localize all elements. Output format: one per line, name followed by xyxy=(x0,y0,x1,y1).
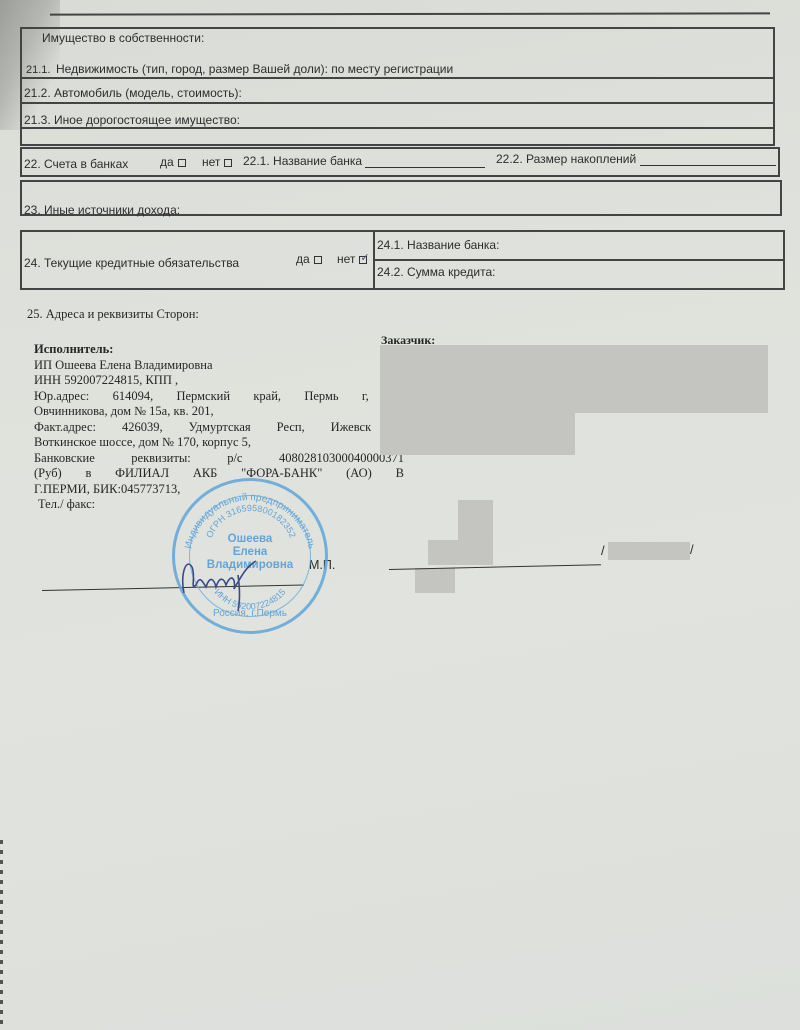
word: р/с xyxy=(227,451,242,467)
check-mark-icon: ✓ xyxy=(360,251,369,264)
document-page: Имущество в собственности: 21.1. Недвижи… xyxy=(0,0,800,1030)
accounts-yes-option[interactable]: да xyxy=(160,155,186,169)
item-21-1-number: 21.1. xyxy=(26,64,50,76)
word: Факт.адрес: xyxy=(34,420,96,436)
section-24-label: 24. Текущие кредитные обязательства xyxy=(24,256,239,270)
bank-name-field[interactable]: 22.1. Название банка xyxy=(243,154,485,168)
top-rule xyxy=(50,12,770,15)
divider xyxy=(20,127,775,129)
divider xyxy=(20,77,775,79)
word: Удмуртская xyxy=(189,420,251,436)
section-21-title: Имущество в собственности: xyxy=(42,31,204,45)
actual-address-line-2: Воткинское шоссе, дом № 170, корпус 5, xyxy=(34,435,404,451)
item-21-2: 21.2. Автомобиль (модель, стоимость): xyxy=(24,86,242,100)
legal-address-line-1: Юр.адрес:614094,Пермскийкрай,Пермьг,ул xyxy=(34,389,404,405)
credit-sum: 24.2. Сумма кредита: xyxy=(377,265,495,279)
executor-inn: ИНН 592007224815, КПП , xyxy=(34,373,404,389)
section-23-label: 23. Иные источники дохода: xyxy=(24,203,180,217)
executor-heading: Исполнитель: xyxy=(34,342,404,358)
word: реквизиты: xyxy=(131,451,190,467)
yes-label: да xyxy=(160,155,174,169)
bank-name-blank[interactable] xyxy=(365,167,485,168)
credit-yes-option[interactable]: да xyxy=(296,252,322,266)
bank-details-line-1: Банковскиереквизиты:р/с40802810300040000… xyxy=(34,451,404,467)
bank-details-line-2: (Руб)вФИЛИАЛАКБ"ФОРА-БАНК"(АО)В xyxy=(34,466,404,482)
section-22-label: 22. Счета в банках xyxy=(24,157,128,171)
word: 614094, xyxy=(113,389,154,405)
word: В xyxy=(396,466,404,482)
no-checkbox[interactable] xyxy=(224,159,232,167)
savings-blank[interactable] xyxy=(640,165,776,166)
word: в xyxy=(85,466,91,482)
legal-address-line-2: Овчинникова, дом № 15а, кв. 201, xyxy=(34,404,404,420)
handwritten-signature xyxy=(176,545,286,615)
savings-field[interactable]: 22.2. Размер накоплений xyxy=(496,152,776,166)
yes-checkbox[interactable] xyxy=(314,256,322,264)
binding-holes xyxy=(0,840,3,1030)
word: Банковские xyxy=(34,451,95,467)
separator: / xyxy=(690,542,694,557)
word: Респ, xyxy=(277,420,305,436)
word: г, xyxy=(362,389,369,405)
word: ФИЛИАЛ xyxy=(115,466,169,482)
word: (АО) xyxy=(346,466,372,482)
word: АКБ xyxy=(193,466,218,482)
savings-label: 22.2. Размер накоплений xyxy=(496,152,636,166)
no-checkbox-checked[interactable]: ✓ xyxy=(359,256,367,264)
item-21-1-text: Недвижимость (тип, город, размер Вашей д… xyxy=(56,62,453,76)
item-21-3: 21.3. Иное дорогостоящее имущество: xyxy=(24,113,240,127)
redacted-block xyxy=(608,542,690,560)
credit-no-option[interactable]: нет✓ xyxy=(337,252,367,266)
word: (Руб) xyxy=(34,466,62,482)
word: край, xyxy=(253,389,281,405)
no-label: нет xyxy=(337,252,355,266)
yes-label: да xyxy=(296,252,310,266)
divider xyxy=(373,259,785,261)
parties-title: 25. Адреса и реквизиты Сторон: xyxy=(27,307,199,322)
word: Пермь xyxy=(304,389,338,405)
actual-address-line-1: Факт.адрес:426039,УдмуртскаяРесп,Ижевскг… xyxy=(34,420,404,436)
executor-name: ИП Ошеева Елена Владимировна xyxy=(34,358,404,374)
word: Пермский xyxy=(176,389,230,405)
word: Юр.адрес: xyxy=(34,389,89,405)
redacted-block xyxy=(428,540,493,565)
separator: / xyxy=(601,543,605,558)
accounts-no-option[interactable]: нет xyxy=(202,155,232,169)
yes-checkbox[interactable] xyxy=(178,159,186,167)
redacted-block xyxy=(380,410,575,455)
no-label: нет xyxy=(202,155,220,169)
redacted-block xyxy=(415,568,455,593)
bank-name-label: 22.1. Название банка xyxy=(243,154,362,168)
redacted-block xyxy=(380,345,768,413)
credit-bank-name: 24.1. Название банка: xyxy=(377,238,499,252)
word: 426039, xyxy=(122,420,163,436)
column-divider xyxy=(373,230,375,290)
word: Ижевск xyxy=(331,420,372,436)
divider xyxy=(20,102,775,104)
